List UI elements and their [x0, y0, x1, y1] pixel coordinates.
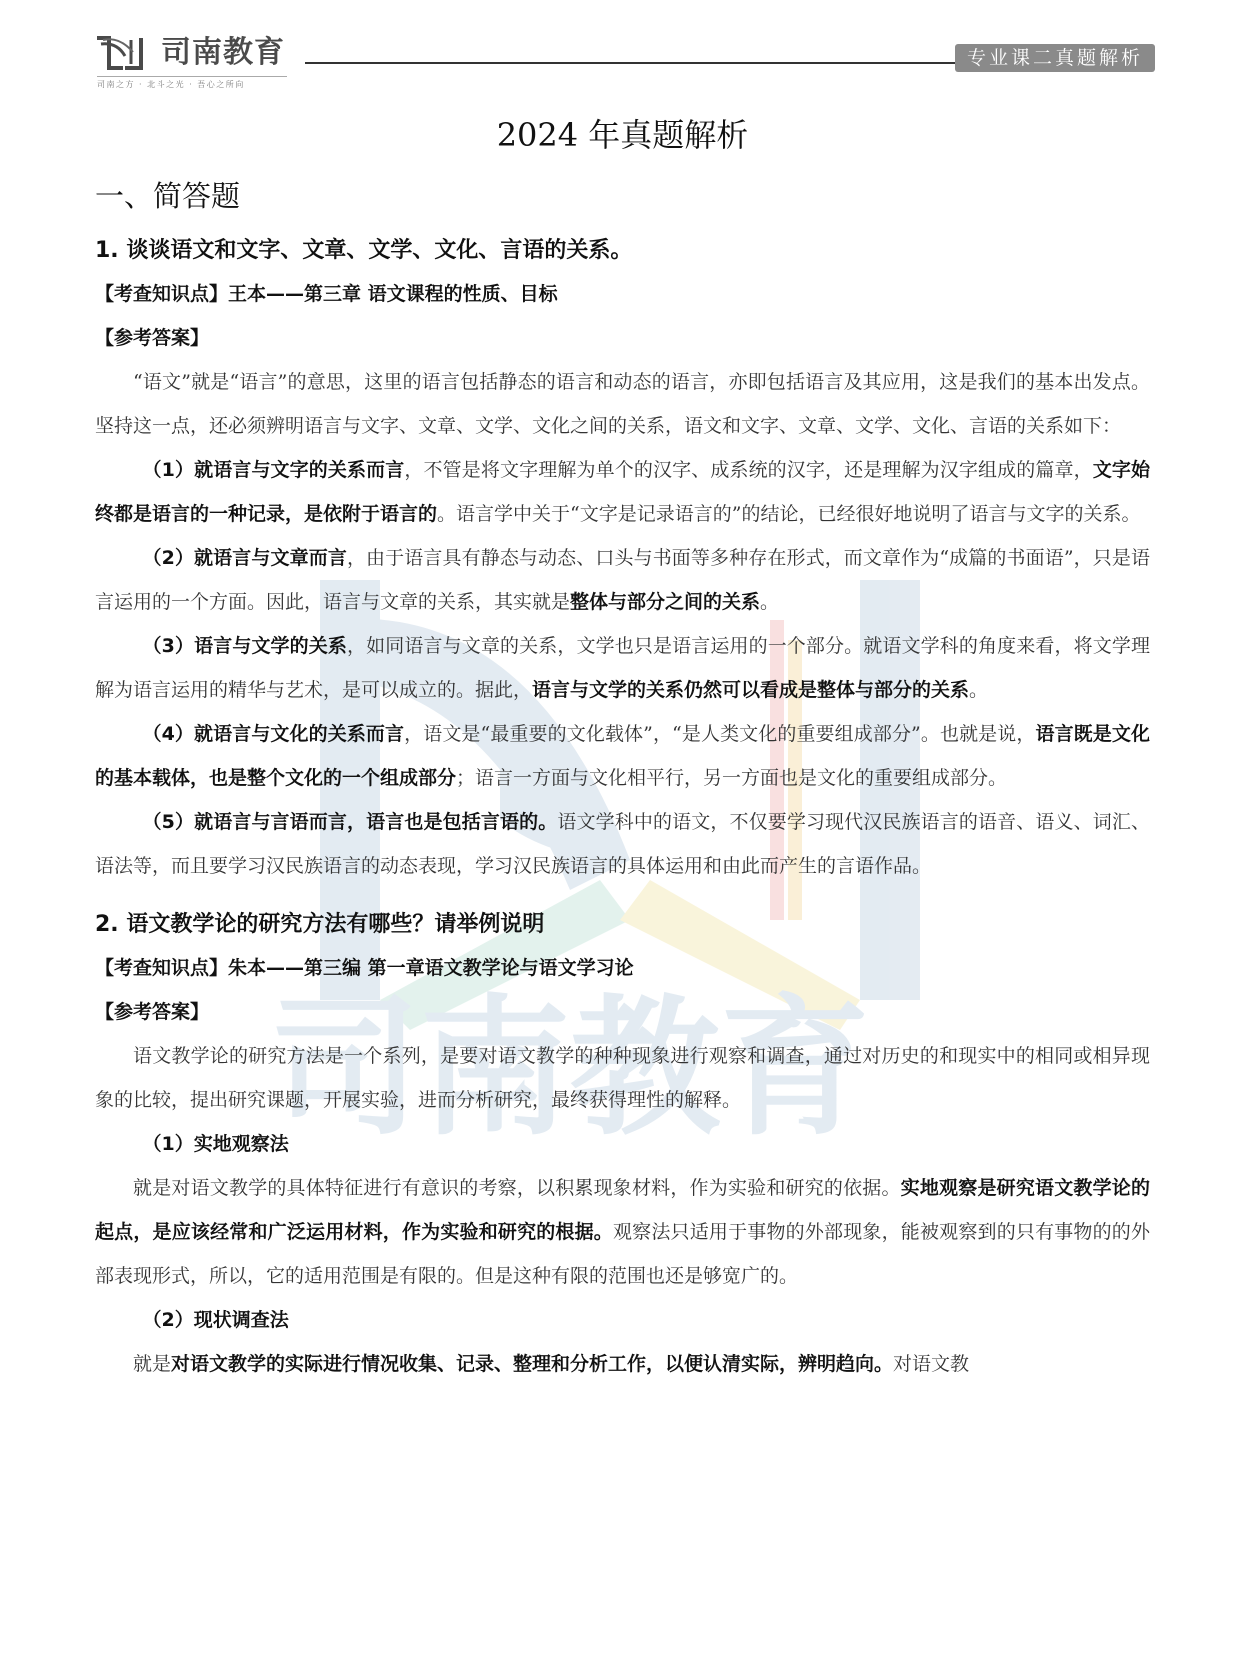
body-text: 对语文教 — [893, 1353, 969, 1375]
method-paragraph-2: 就是对语文教学的实际进行情况收集、记录、整理和分析工作，以便认清实际，辨明趋向。… — [95, 1342, 1150, 1386]
brand-slogan: 司南之方 · 北斗之光 · 吾心之所向 — [97, 76, 287, 90]
knowledge-point-value: 朱本——第三编 第一章语文教学论与语文学习论 — [228, 957, 634, 979]
body-text: “语文”就是“语言”的意思，这里的语言包括静态的语言和动态的语言，亦即包括语言及… — [95, 371, 1150, 437]
body-text: 。 — [969, 679, 988, 701]
knowledge-point-value: 王本——第三章 语文课程的性质、目标 — [228, 283, 558, 305]
spacer — [95, 888, 1150, 900]
section-heading: 一、简答题 — [95, 166, 1150, 226]
header-divider — [305, 62, 955, 64]
question-title: 1. 谈谈语文和文字、文章、文学、文化、言语的关系。 — [95, 226, 1150, 272]
emphasis-text: （2）就语言与文章而言 — [143, 547, 347, 569]
answer-label: 【参考答案】 — [95, 990, 1150, 1034]
body-text: ；语言一方面与文化相平行，另一方面也是文化的重要组成部分。 — [456, 767, 1007, 789]
question-title: 2. 语文教学论的研究方法有哪些？请举例说明 — [95, 900, 1150, 946]
knowledge-point-label: 【考查知识点】 — [95, 283, 228, 305]
body-text: 。 — [760, 591, 779, 613]
answer-item-2: （2）就语言与文章而言，由于语言具有静态与动态、口头与书面等多种存在形式，而文章… — [95, 536, 1150, 624]
emphasis-text: （3）语言与文学的关系 — [143, 635, 348, 657]
brand-logo: 司南教育 司南之方 · 北斗之光 · 吾心之所向 — [95, 34, 290, 88]
body-text: ，不管是将文字理解为单个的汉字、成系统的汉字，还是理解为汉字组成的篇章， — [404, 459, 1092, 481]
method-heading-1: （1）实地观察法 — [95, 1122, 1150, 1166]
emphasis-text: 对语文教学的实际进行情况收集、记录、整理和分析工作，以便认清实际，辨明趋向。 — [171, 1353, 893, 1375]
question-1: 1. 谈谈语文和文字、文章、文学、文化、言语的关系。 【考查知识点】王本——第三… — [95, 226, 1150, 888]
emphasis-text: （1）就语言与文字的关系而言 — [143, 459, 405, 481]
header-category-tag: 专业课二真题解析 — [955, 44, 1155, 72]
answer-item-1: （1）就语言与文字的关系而言，不管是将文字理解为单个的汉字、成系统的汉字，还是理… — [95, 448, 1150, 536]
emphasis-text: 整体与部分之间的关系 — [570, 591, 760, 613]
emphasis-text: （5）就语言与言语而言，语言也是包括言语的。 — [143, 811, 558, 833]
method-paragraph-1: 就是对语文教学的具体特征进行有意识的考察，以积累现象材料，作为实验和研究的依据。… — [95, 1166, 1150, 1298]
knowledge-point-label: 【考查知识点】 — [95, 957, 228, 979]
answer-paragraph: “语文”就是“语言”的意思，这里的语言包括静态的语言和动态的语言，亦即包括语言及… — [95, 360, 1150, 448]
answer-intro: 语文教学论的研究方法是一个系列，是要对语文教学的种种现象进行观察和调查，通过对历… — [95, 1034, 1150, 1122]
method-heading-2: （2）现状调查法 — [95, 1298, 1150, 1342]
body-text: 。语言学中关于“文字是记录语言的”的结论，已经很好地说明了语言与文字的关系。 — [437, 503, 1140, 525]
brand-name: 司南教育 — [161, 34, 285, 72]
body-text: ，语文是“最重要的文化载体”，“是人类文化的重要组成部分”。也就是说， — [404, 723, 1035, 745]
document-title: 2024 年真题解析 — [95, 106, 1150, 164]
answer-item-4: （4）就语言与文化的关系而言，语文是“最重要的文化载体”，“是人类文化的重要组成… — [95, 712, 1150, 800]
emphasis-text: （4）就语言与文化的关系而言 — [143, 723, 405, 745]
answer-item-3: （3）语言与文学的关系，如同语言与文章的关系，文学也只是语言运用的一个部分。就语… — [95, 624, 1150, 712]
answer-label: 【参考答案】 — [95, 316, 1150, 360]
knowledge-point: 【考查知识点】朱本——第三编 第一章语文教学论与语文学习论 — [95, 946, 1150, 990]
emphasis-text: 语言与文学的关系仍然可以看成是整体与部分的关系 — [532, 679, 969, 701]
book-logo-icon — [95, 34, 157, 72]
page-header: 司南教育 司南之方 · 北斗之光 · 吾心之所向 专业课二真题解析 — [0, 0, 1242, 100]
question-2: 2. 语文教学论的研究方法有哪些？请举例说明 【考查知识点】朱本——第三编 第一… — [95, 900, 1150, 1386]
body-text: 就是 — [133, 1353, 171, 1375]
knowledge-point: 【考查知识点】王本——第三章 语文课程的性质、目标 — [95, 272, 1150, 316]
body-text: 就是对语文教学的具体特征进行有意识的考察，以积累现象材料，作为实验和研究的依据。 — [133, 1177, 901, 1199]
document-body: 2024 年真题解析 一、简答题 1. 谈谈语文和文字、文章、文学、文化、言语的… — [95, 100, 1150, 1386]
answer-item-5: （5）就语言与言语而言，语言也是包括言语的。语文学科中的语文，不仅要学习现代汉民… — [95, 800, 1150, 888]
